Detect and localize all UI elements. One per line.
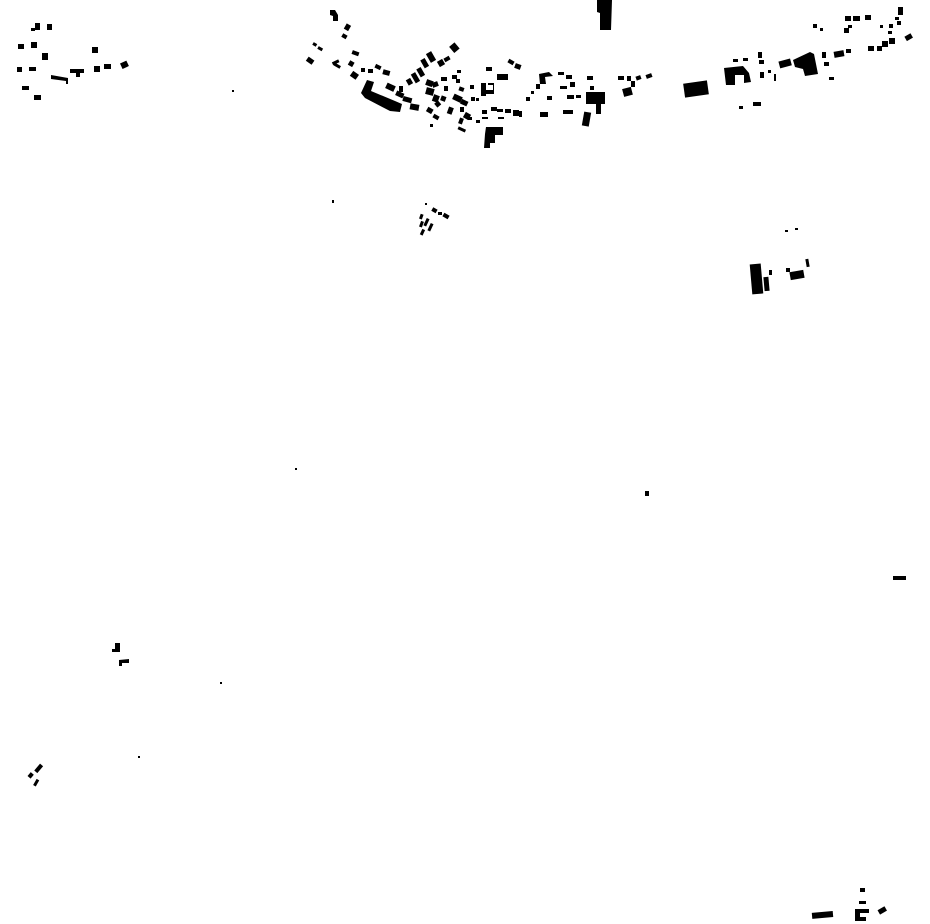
- central-village-core: [306, 10, 653, 148]
- building-footprint-map: [0, 0, 930, 924]
- north-standalone-building: [597, 0, 612, 30]
- west-isolated-buildings: [28, 643, 222, 786]
- central-small-group: [332, 200, 450, 236]
- northeast-village-extension: [683, 7, 913, 109]
- northwest-hamlet: [17, 23, 234, 100]
- map-canvas: [0, 0, 930, 924]
- east-farm-group: [295, 228, 906, 580]
- southeast-hamlet: [812, 888, 887, 921]
